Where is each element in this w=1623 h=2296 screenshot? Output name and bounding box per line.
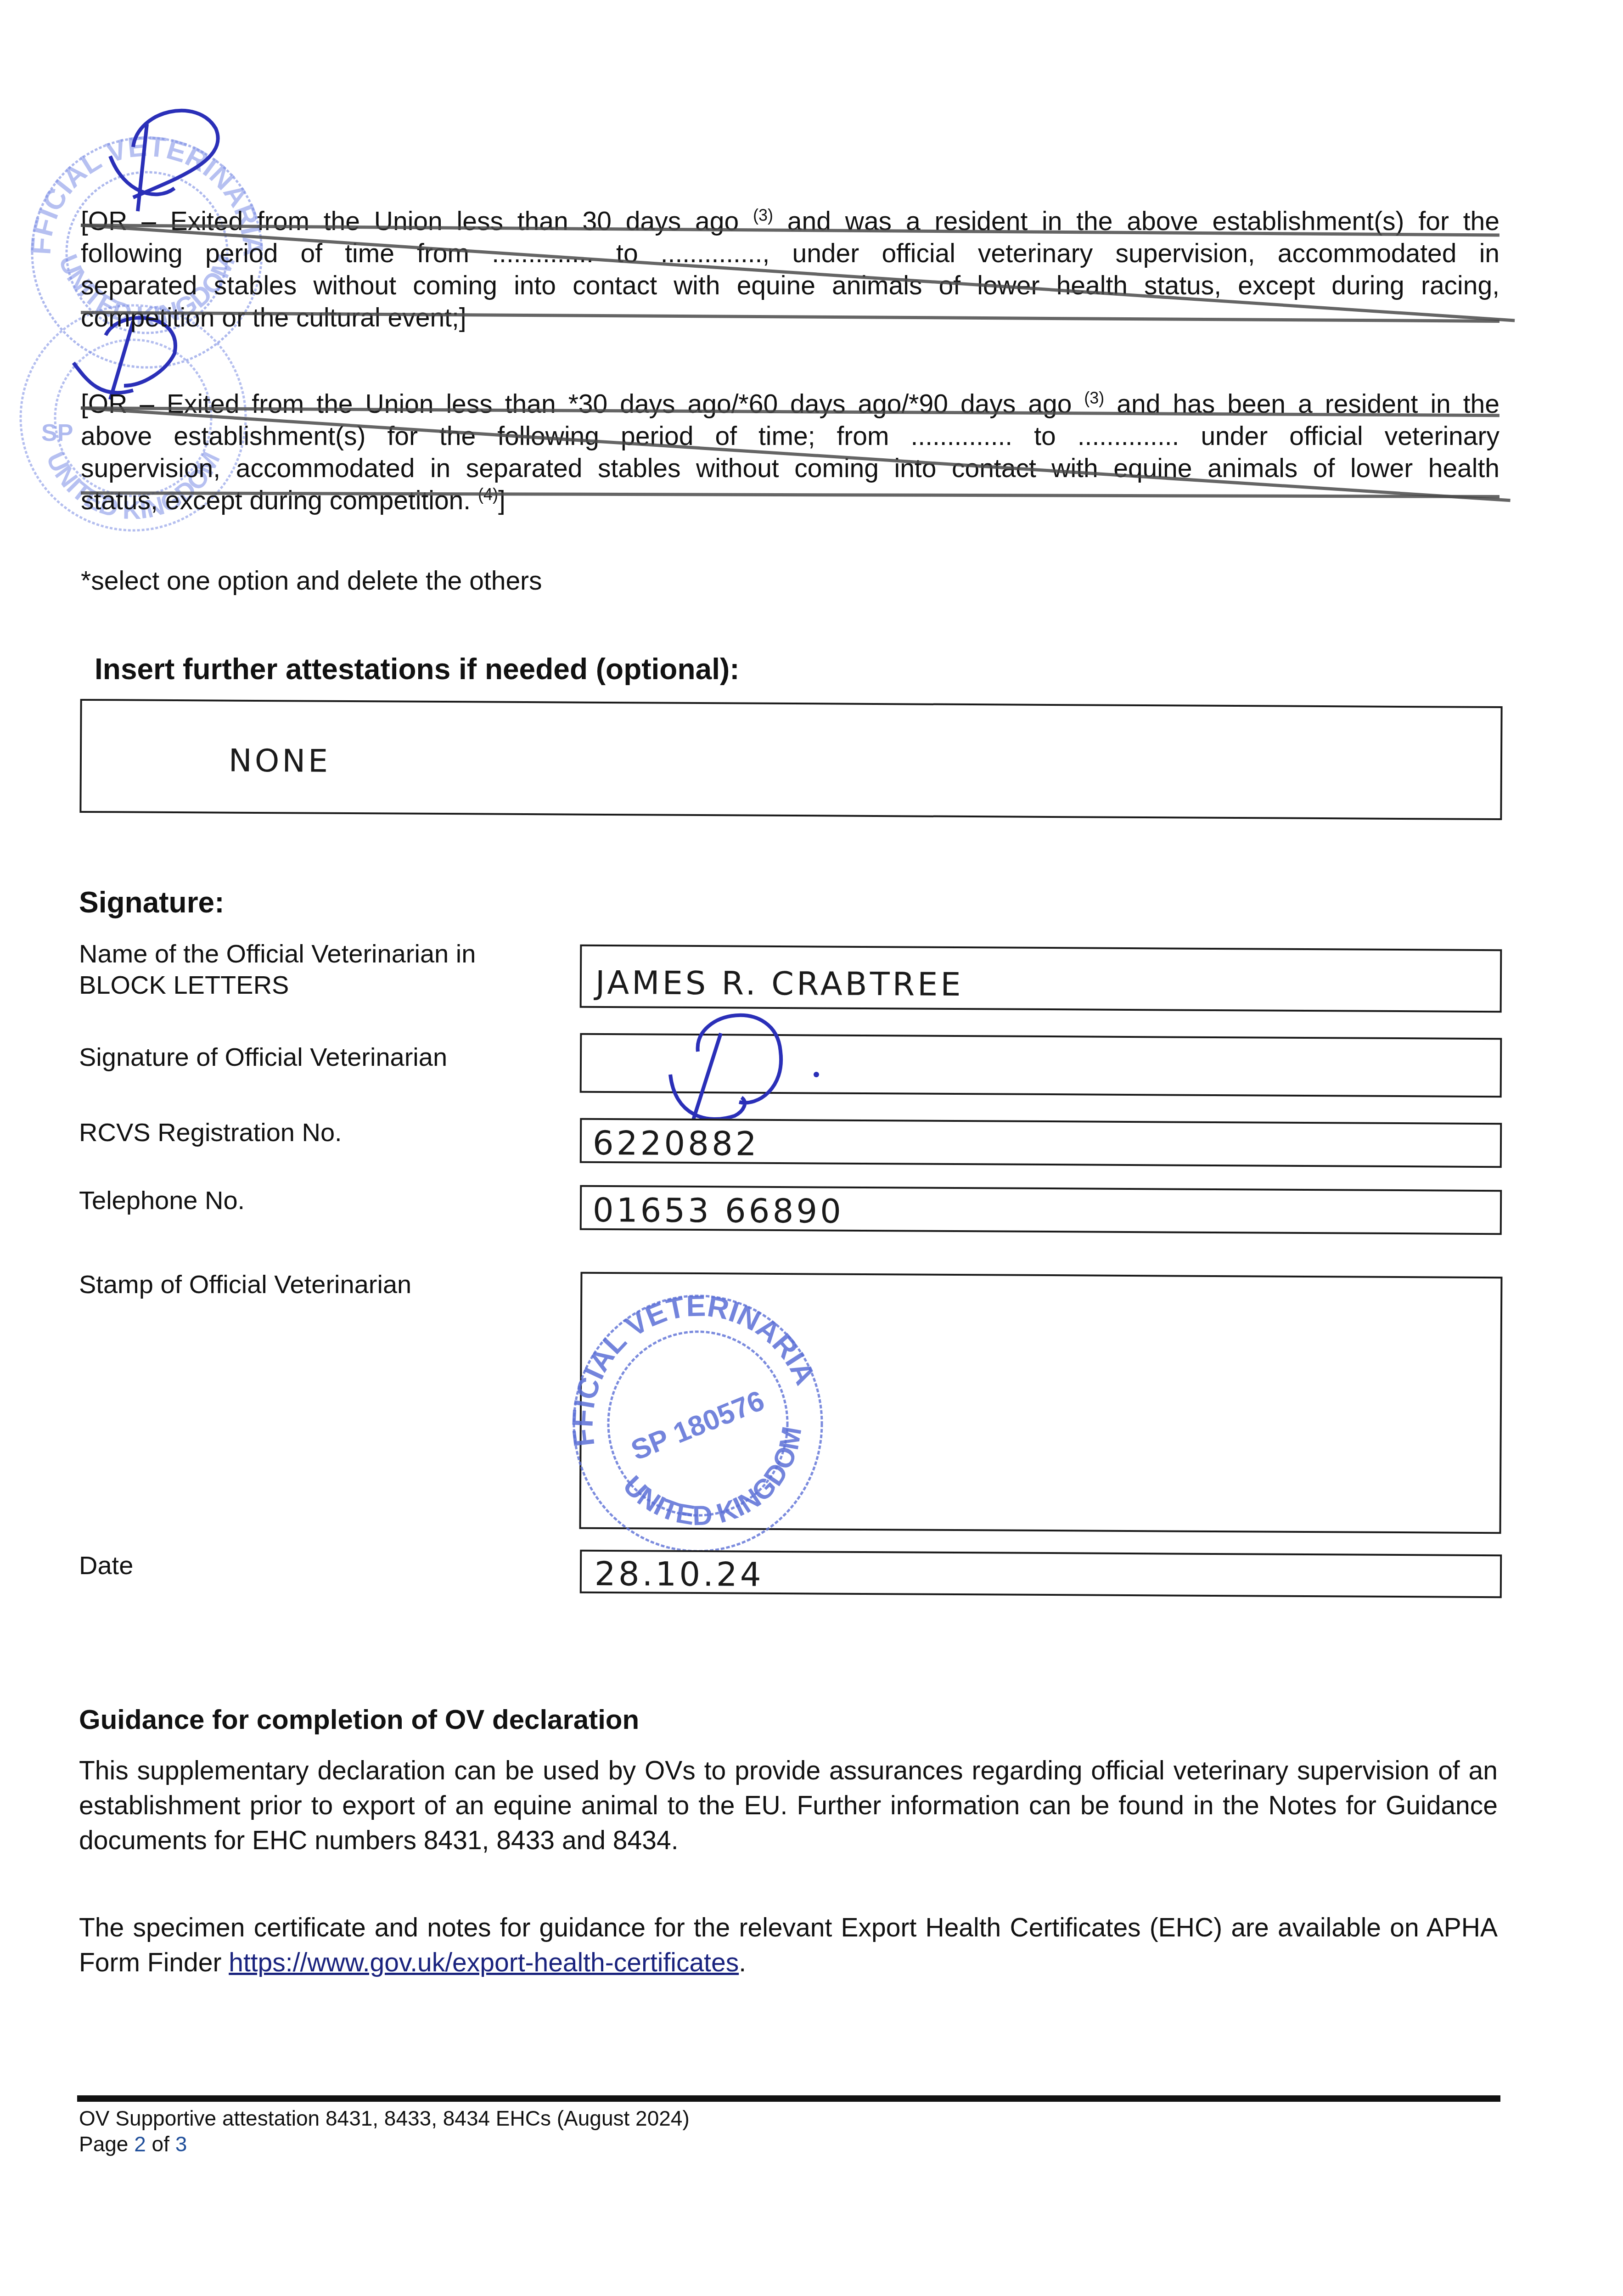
date-value: 28.10.24 [595, 1554, 764, 1594]
guidance-heading: Guidance for completion of OV declaratio… [79, 1704, 639, 1735]
svg-text:SP: SP [41, 420, 73, 446]
date-field[interactable]: 28.10.24 [580, 1550, 1502, 1598]
svg-text:SP 180576: SP 180576 [627, 1384, 769, 1466]
telephone-label: Telephone No. [79, 1185, 245, 1216]
name-label: Name of the Official Veterinarian in BLO… [79, 938, 476, 1001]
date-label: Date [79, 1550, 133, 1581]
guidance-paragraph-1: This supplementary declaration can be us… [79, 1753, 1498, 1858]
signature-label: Signature of Official Veterinarian [79, 1041, 447, 1073]
rcvs-label: RCVS Registration No. [79, 1117, 342, 1148]
rcvs-value: 6220882 [593, 1124, 759, 1163]
rcvs-field[interactable]: 6220882 [580, 1118, 1502, 1168]
select-note: *select one option and delete the others [81, 566, 542, 596]
telephone-value: 01653 66890 [593, 1191, 844, 1231]
handwritten-signature [629, 992, 840, 1139]
page-number: Page 2 of 3 [79, 2131, 690, 2157]
footer: OV Supportive attestation 8431, 8433, 84… [79, 2105, 690, 2157]
official-veterinarian-stamp: OFFICIAL VETERINARIAN UNITED KINGDOM SP … [567, 1293, 829, 1554]
footer-divider [77, 2095, 1500, 2102]
stamp-label: Stamp of Official Veterinarian [79, 1269, 411, 1300]
export-health-certificates-link[interactable]: https://www.gov.uk/export-health-certifi… [229, 1948, 739, 1977]
signature-heading: Signature: [79, 885, 224, 919]
footer-title: OV Supportive attestation 8431, 8433, 84… [79, 2105, 690, 2131]
telephone-field[interactable]: 01653 66890 [580, 1185, 1502, 1235]
guidance-paragraph-2: The specimen certificate and notes for g… [79, 1910, 1498, 1980]
further-attestations-heading: Insert further attestations if needed (o… [95, 652, 740, 686]
further-attestations-value: NONE [229, 743, 331, 780]
further-attestations-field[interactable]: NONE [79, 699, 1502, 820]
